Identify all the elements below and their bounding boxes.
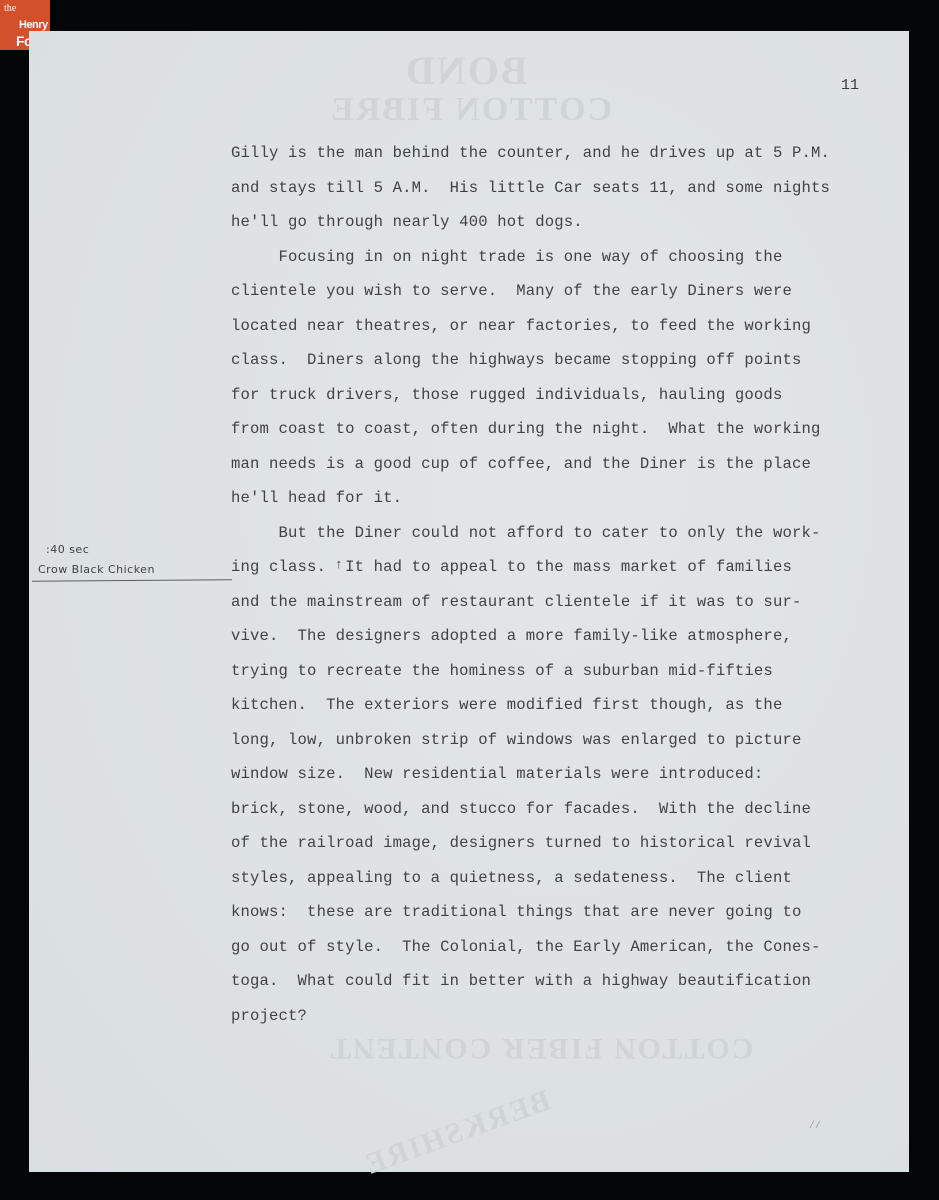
text-line: Focusing in on night trade is one way of… <box>231 240 911 275</box>
text-line: located near theatres, or near factories… <box>231 309 911 344</box>
text-line: knows: these are traditional things that… <box>231 895 911 930</box>
watermark-bottom-line2: BERKSHIRE <box>359 1083 555 1182</box>
page-number: 11 <box>841 77 859 94</box>
text-line: brick, stone, wood, and stucco for facad… <box>231 792 911 827</box>
text-line: clientele you wish to serve. Many of the… <box>231 274 911 309</box>
text-line: class. Diners along the highways became … <box>231 343 911 378</box>
body-text: Gilly is the man behind the counter, and… <box>231 136 911 1033</box>
watermark-bottom-line1: COTTON FIBER CONTENT <box>329 1031 754 1065</box>
logo-the: the <box>4 4 16 14</box>
margin-note-underline <box>32 579 232 581</box>
text-line: Gilly is the man behind the counter, and… <box>231 136 911 171</box>
text-line: But the Diner could not afford to cater … <box>231 516 911 551</box>
pencil-mark: // <box>809 1121 821 1132</box>
text-line: styles, appealing to a quietness, a seda… <box>231 861 911 896</box>
text-line: and the mainstream of restaurant cliente… <box>231 585 911 620</box>
text-line: ing class. It had to appeal to the mass … <box>231 550 911 585</box>
text-line: from coast to coast, often during the ni… <box>231 412 911 447</box>
text-line: he'll head for it. <box>231 481 911 516</box>
text-line: long, low, unbroken strip of windows was… <box>231 723 911 758</box>
typewritten-page: BOND COTTON FIBRE COTTON FIBER CONTENT B… <box>29 31 909 1172</box>
text-line: and stays till 5 A.M. His little Car sea… <box>231 171 911 206</box>
text-line: trying to recreate the hominess of a sub… <box>231 654 911 689</box>
text-line: for truck drivers, those rugged individu… <box>231 378 911 413</box>
text-line: project? <box>231 999 911 1034</box>
text-line: go out of style. The Colonial, the Early… <box>231 930 911 965</box>
text-line: kitchen. The exteriors were modified fir… <box>231 688 911 723</box>
margin-note-time: :40 sec <box>46 543 89 556</box>
text-line: window size. New residential materials w… <box>231 757 911 792</box>
text-line: of the railroad image, designers turned … <box>231 826 911 861</box>
watermark-top-line1: BOND <box>404 47 528 94</box>
text-line: toga. What could fit in better with a hi… <box>231 964 911 999</box>
margin-note-name: Crow Black Chicken <box>38 563 155 576</box>
text-line: vive. The designers adopted a more famil… <box>231 619 911 654</box>
text-line: man needs is a good cup of coffee, and t… <box>231 447 911 482</box>
logo-henry: Henry <box>19 20 48 31</box>
text-line: he'll go through nearly 400 hot dogs. <box>231 205 911 240</box>
watermark-top-line2: COTTON FIBRE <box>329 91 612 129</box>
